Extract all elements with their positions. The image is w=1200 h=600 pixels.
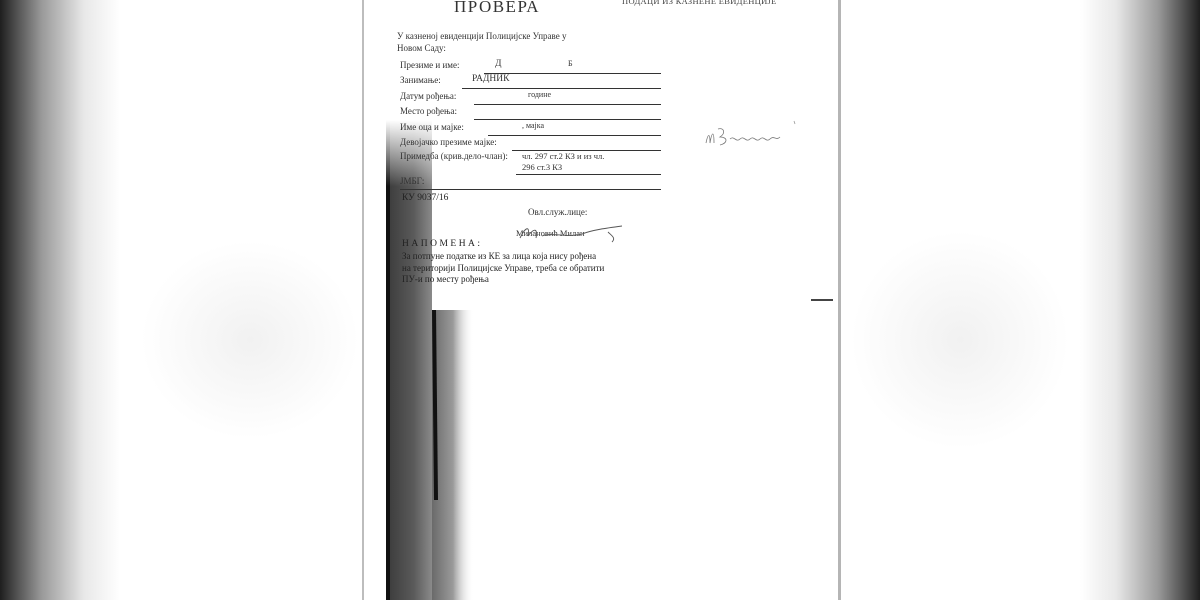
field-underline [516, 174, 661, 175]
scan-mark [811, 299, 833, 301]
official-label: Овл.служ.лице: [528, 207, 587, 217]
document-title: ПРОВЕРА [454, 0, 540, 17]
field-underline [474, 119, 661, 120]
field-label: Презиме и име: [400, 60, 460, 70]
handwritten-signature-icon [702, 115, 802, 155]
note-text: За потпуне податке из КЕ за лица која ни… [402, 251, 642, 286]
field-value: Д [495, 59, 501, 69]
intro-text: У казненој евиденцији Полицијске Управе … [397, 30, 627, 54]
field-label: Занимање: [400, 75, 441, 85]
field-underline [462, 88, 661, 89]
field-label: ЈМБГ: [400, 176, 424, 186]
field-underline [474, 104, 661, 105]
field-surname-name: Презиме и име: Д Б [400, 60, 626, 74]
right-vignette [1080, 0, 1200, 600]
field-value: године [528, 90, 551, 99]
field-remark: Примедба (крив.дело-члан): чл. 297 ст.2 … [400, 151, 626, 175]
field-value: Б [568, 59, 573, 68]
field-label: Датум рођења: [400, 91, 456, 101]
field-value: 296 ст.3 КЗ [522, 162, 562, 172]
note-line: на територији Полицијске Управе, треба с… [402, 263, 642, 275]
background-shade [140, 240, 360, 440]
case-reference: КУ 9037/16 [402, 193, 448, 203]
field-birth-place: Место рођења: [400, 106, 626, 120]
field-underline [484, 73, 661, 74]
header-right-text: ПОДАЦИ ИЗ КАЗНЕНЕ ЕВИДЕНЦИЈЕ [622, 0, 777, 6]
field-parents: Име оца и мајке: , мајка [400, 122, 626, 136]
field-label: Место рођења: [400, 106, 457, 116]
field-label: Име оца и мајке: [400, 122, 464, 132]
note-title: НАПОМЕНА: [402, 239, 483, 249]
field-value: , мајка [522, 121, 544, 130]
field-mother-maiden-name: Девојачко презиме мајке: [400, 137, 626, 151]
left-vignette [0, 0, 120, 600]
scan-artifact [384, 120, 474, 600]
field-label: Примедба (крив.дело-члан): [400, 151, 508, 161]
signature-icon [512, 222, 632, 244]
scanned-document-page: ПРОВЕРА ПОДАЦИ ИЗ КАЗНЕНЕ ЕВИДЕНЦИЈЕ У к… [362, 0, 841, 600]
field-birth-date: Датум рођења: године [400, 91, 626, 105]
background-shade [850, 230, 1070, 450]
note-line: За потпуне податке из КЕ за лица која ни… [402, 251, 642, 263]
field-label: Девојачко презиме мајке: [400, 137, 497, 147]
field-underline [488, 135, 661, 136]
field-value: чл. 297 ст.2 КЗ и из чл. [522, 151, 604, 161]
intro-line: Новом Саду: [397, 42, 627, 54]
note-line: ПУ-и по месту рођења [402, 274, 642, 286]
field-value: РАДНИК [472, 74, 509, 84]
field-jmbg: ЈМБГ: [400, 176, 626, 190]
field-underline [400, 189, 661, 190]
field-occupation: Занимање: РАДНИК [400, 75, 626, 89]
intro-line: У казненој евиденцији Полицијске Управе … [397, 30, 627, 42]
